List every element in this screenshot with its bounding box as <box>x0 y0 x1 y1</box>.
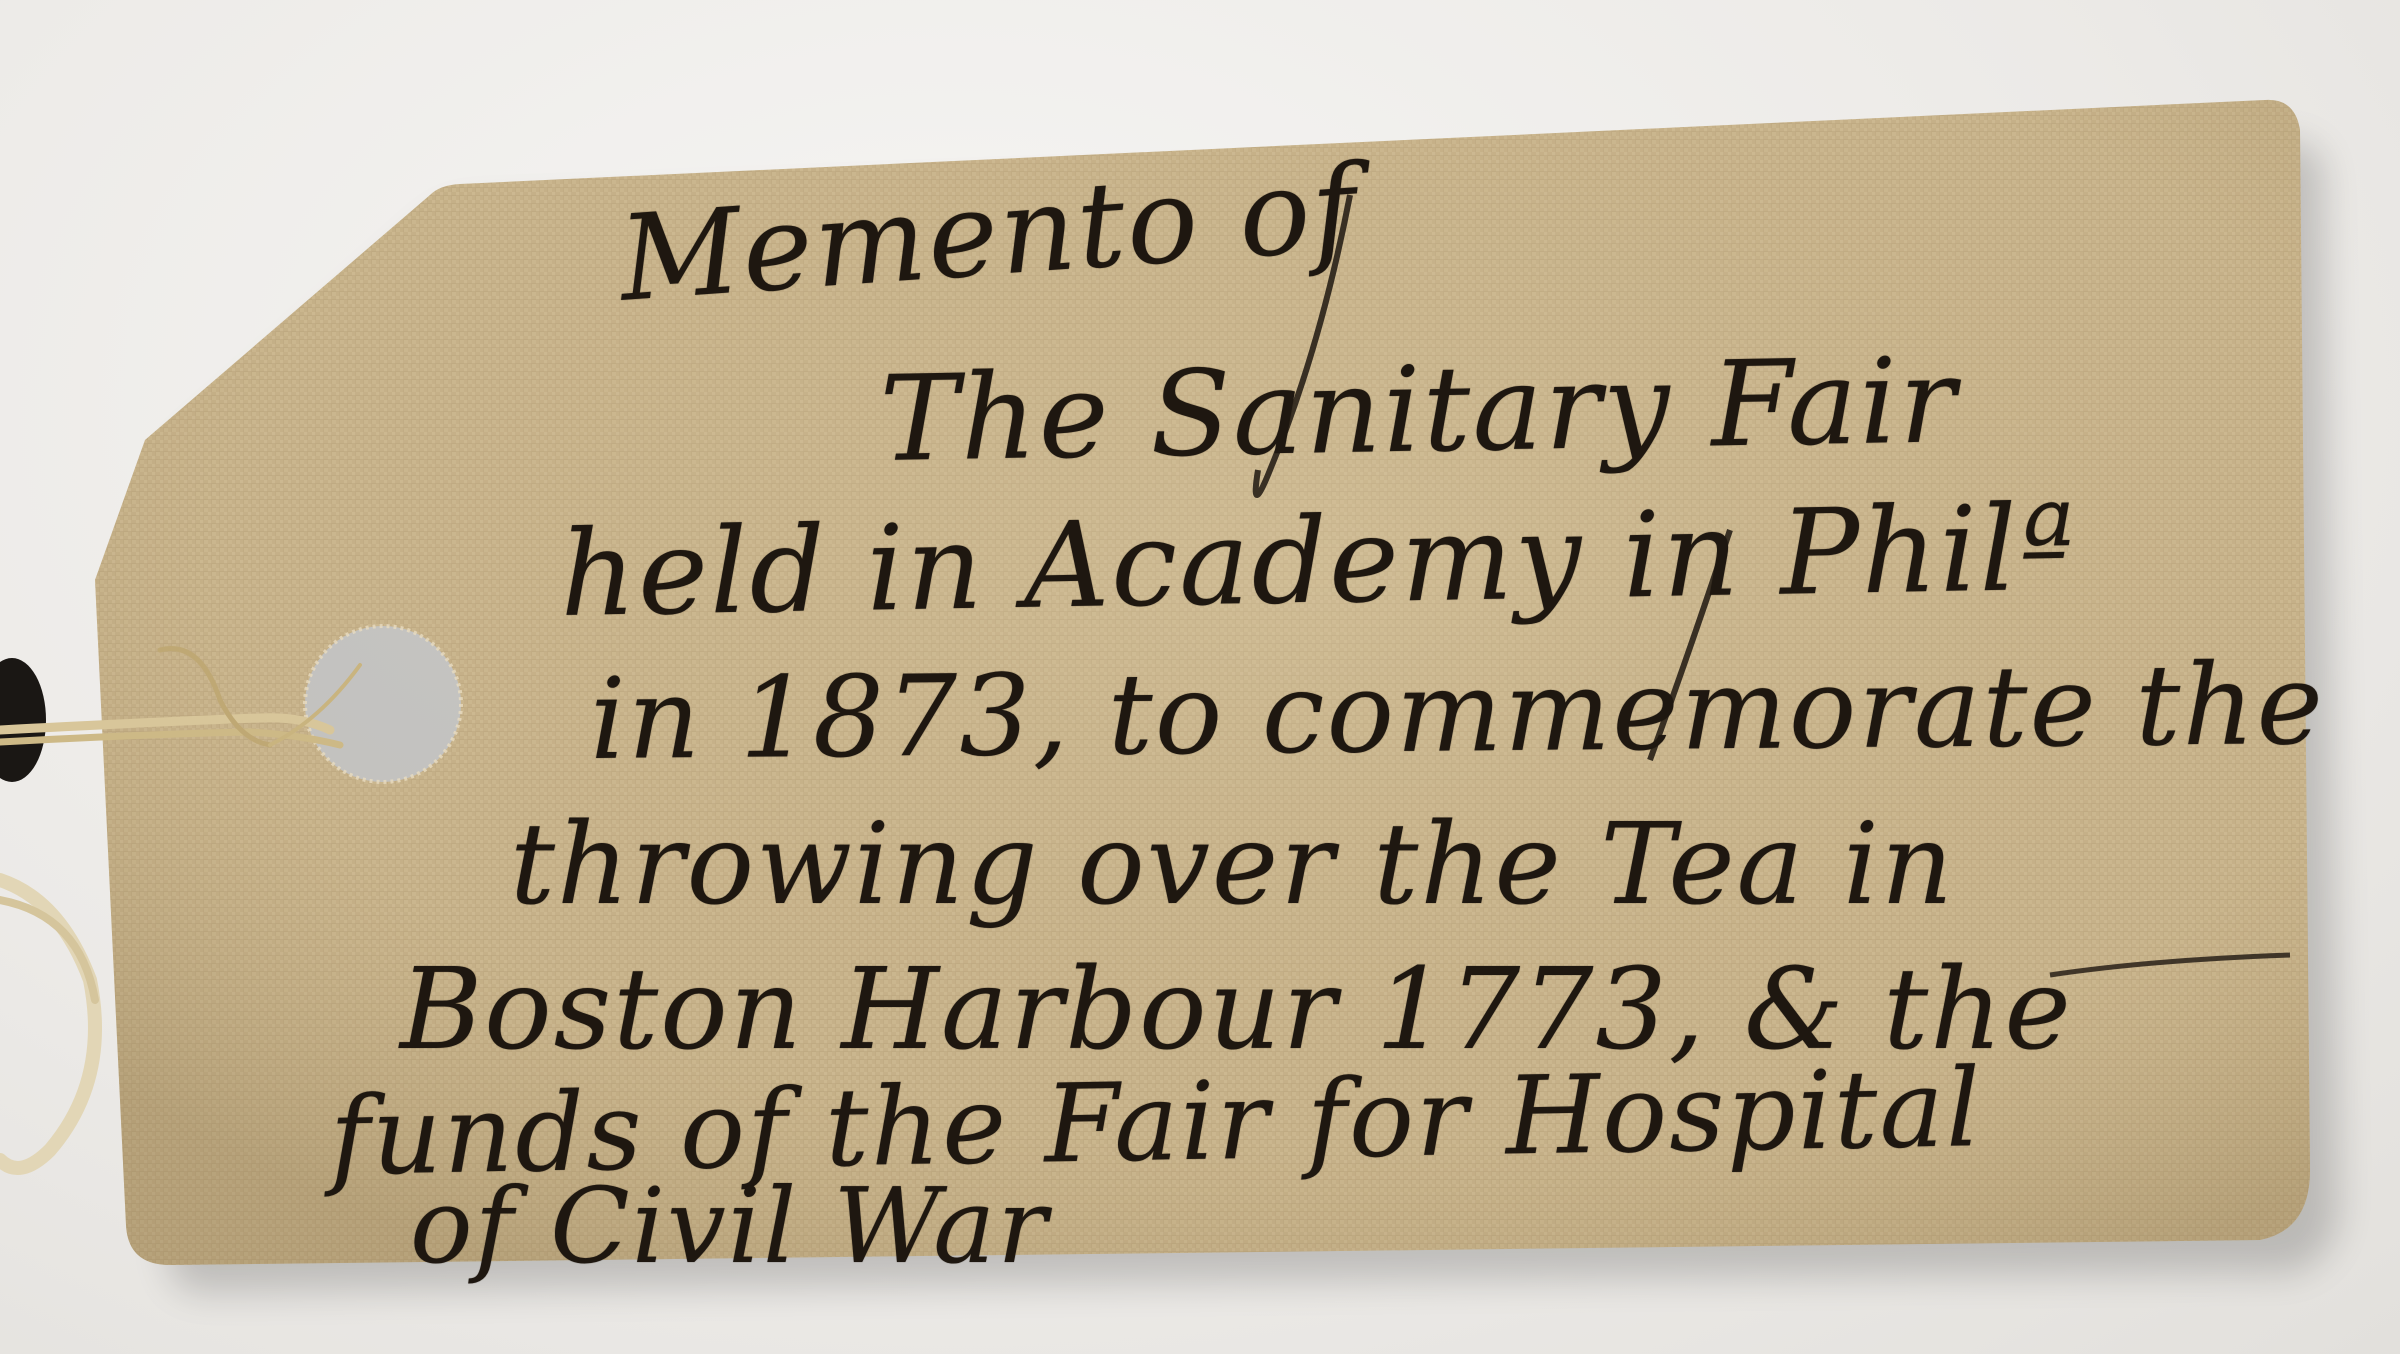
tag-text-line-5: throwing over the Tea in <box>510 800 1955 930</box>
photo-scene: Memento of The Sanitary Fair held in Aca… <box>0 0 2400 1354</box>
tag-text-line-3: held in Academy in Philª <box>559 479 2078 643</box>
tag-text-line-4: in 1873, to commemorate the <box>589 640 2325 785</box>
tag-text-line-8: of Civil War <box>410 1165 1049 1287</box>
button-knob <box>0 658 46 782</box>
tag-text-line-2: The Sanitary Fair <box>879 331 1959 488</box>
